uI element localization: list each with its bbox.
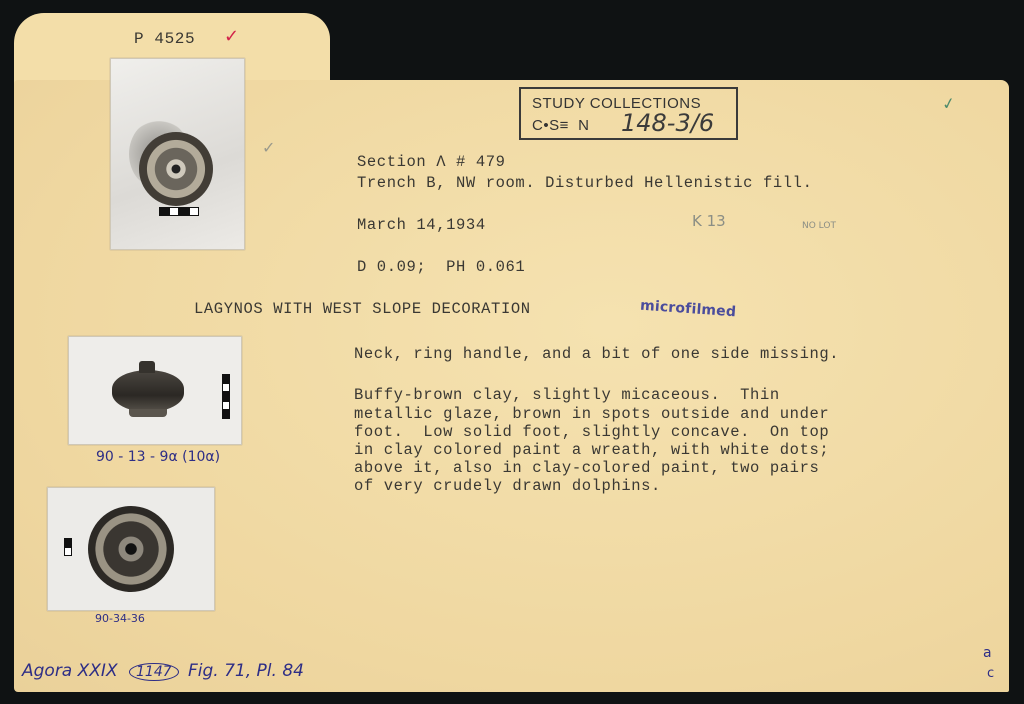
grid-reference: K 13 (692, 212, 726, 230)
scale-bar (64, 538, 72, 556)
corner-mark: c (987, 666, 994, 681)
description-line: Buffy-brown clay, slightly micaceous. Th… (354, 387, 780, 404)
corner-mark: a (983, 645, 992, 661)
study-collections-stamp: STUDY COLLECTIONS C•S≡ N 148-3/6 (519, 87, 738, 140)
dimensions: D 0.09; PH 0.061 (357, 258, 525, 276)
description-line: metallic glaze, brown in spots outside a… (354, 405, 829, 423)
description-line: foot. Low solid foot, slightly concave. … (354, 423, 829, 441)
description-line: of very crudely drawn dolphins. (354, 477, 661, 495)
section-number: Section Λ # 479 (357, 153, 506, 171)
findspot-context: Trench B, NW room. Disturbed Hellenistic… (357, 174, 812, 192)
photo-top-view (47, 487, 215, 611)
photo-caption: 90 - 13 - 9α (10α) (96, 449, 220, 465)
scale-bar (159, 207, 199, 216)
publication-figure-plate: Fig. 71, Pl. 84 (188, 661, 304, 681)
red-check-icon: ✓ (224, 26, 239, 47)
photo-caption: 90-34-36 (95, 612, 145, 625)
excavation-date: March 14,1934 (357, 216, 486, 234)
photo-side-profile (68, 336, 242, 445)
description-line: above it, also in clay-colored paint, tw… (354, 459, 819, 477)
vessel-image (112, 370, 184, 412)
stamp-case-label: C•S≡ N (532, 117, 590, 134)
vessel-image (88, 506, 174, 592)
lot-note: NO LOT (802, 221, 836, 231)
vessel-image (139, 132, 213, 206)
scale-bar (222, 374, 230, 419)
condition-note: Neck, ring handle, and a bit of one side… (354, 345, 839, 363)
publication-prefix: Agora XXIX (22, 661, 118, 681)
catalog-number: P 4525 (134, 30, 195, 48)
case-number: 148-3/6 (621, 109, 714, 137)
catalog-entry-number: 1147 (129, 663, 179, 681)
description-line: in clay colored paint a wreath, with whi… (354, 441, 829, 459)
photo-top-oblique (110, 58, 245, 250)
object-title: LAGYNOS WITH WEST SLOPE DECORATION (194, 300, 531, 318)
pencil-check-icon: ✓ (262, 138, 275, 157)
